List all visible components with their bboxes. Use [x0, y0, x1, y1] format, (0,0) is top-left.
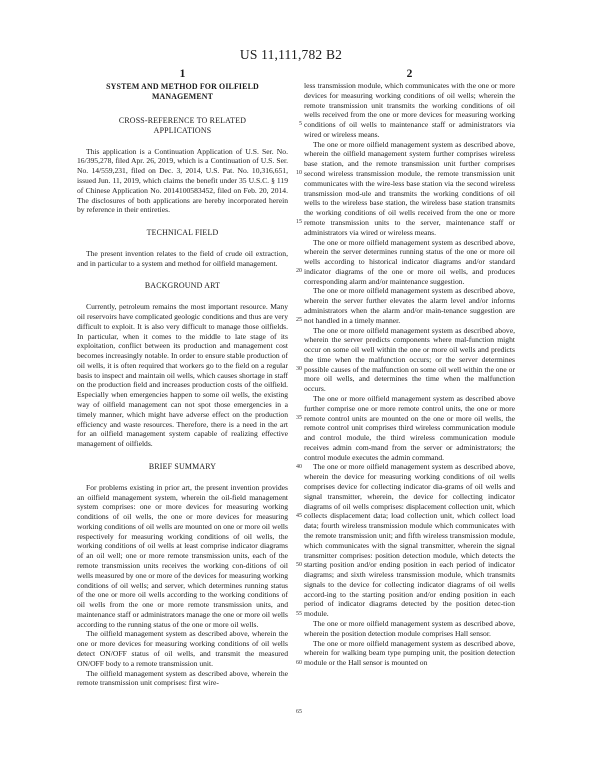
- line-number: 10: [286, 170, 302, 176]
- heading-line: CROSS-REFERENCE TO RELATED: [77, 116, 288, 126]
- heading-line: APPLICATIONS: [77, 126, 288, 136]
- paragraph: The one or more oilfield management syst…: [304, 639, 515, 668]
- section-heading-background-art: BACKGROUND ART: [77, 281, 288, 291]
- patent-title: SYSTEM AND METHOD FOR OILFIELD MANAGEMEN…: [77, 82, 288, 102]
- paragraph: The one or more oilfield management syst…: [304, 286, 515, 325]
- paragraph: The one or more oilfield management syst…: [304, 238, 515, 287]
- paragraph: Currently, petroleum remains the most im…: [77, 302, 288, 449]
- patent-title-line: MANAGEMENT: [77, 92, 288, 102]
- patent-number-header: US 11,111,782 B2: [0, 47, 582, 63]
- section-heading-technical-field: TECHNICAL FIELD: [77, 228, 288, 238]
- paragraph: The one or more oilfield management syst…: [304, 619, 515, 639]
- column-right: 2 less transmission module, which commun…: [304, 69, 515, 668]
- line-number: 20: [286, 268, 302, 274]
- line-number: 55: [286, 611, 302, 617]
- line-number: 25: [286, 317, 302, 323]
- paragraph-continuation: less transmission module, which communic…: [304, 81, 515, 140]
- line-number: 40: [286, 464, 302, 470]
- line-number: 5: [286, 121, 302, 127]
- column-number: 2: [304, 69, 515, 81]
- paragraph: The oilfield management system as descri…: [77, 629, 288, 668]
- paragraph: The present invention relates to the fie…: [77, 249, 288, 269]
- section-heading-brief-summary: BRIEF SUMMARY: [77, 462, 288, 472]
- paragraph: The oilfield management system as descri…: [77, 669, 288, 689]
- line-number: 35: [286, 415, 302, 421]
- line-number: 30: [286, 366, 302, 372]
- section-heading-cross-reference: CROSS-REFERENCE TO RELATED APPLICATIONS: [77, 116, 288, 136]
- paragraph: The one or more oilfield management syst…: [304, 140, 515, 238]
- line-number: 65: [286, 709, 302, 715]
- patent-title-line: SYSTEM AND METHOD FOR OILFIELD: [77, 82, 288, 92]
- line-number: 60: [286, 660, 302, 666]
- line-number: 45: [286, 513, 302, 519]
- column-left: 1 SYSTEM AND METHOD FOR OILFIELD MANAGEM…: [77, 69, 288, 688]
- line-number: 15: [286, 219, 302, 225]
- line-number: 50: [286, 562, 302, 568]
- paragraph: The one or more oilfield management syst…: [304, 462, 515, 619]
- paragraph: This application is a Continuation Appli…: [77, 147, 288, 215]
- paragraph: For problems existing in prior art, the …: [77, 483, 288, 630]
- column-number: 1: [77, 69, 288, 81]
- paragraph: The one or more oilfield management syst…: [304, 394, 515, 462]
- paragraph: The one or more oilfield management syst…: [304, 326, 515, 394]
